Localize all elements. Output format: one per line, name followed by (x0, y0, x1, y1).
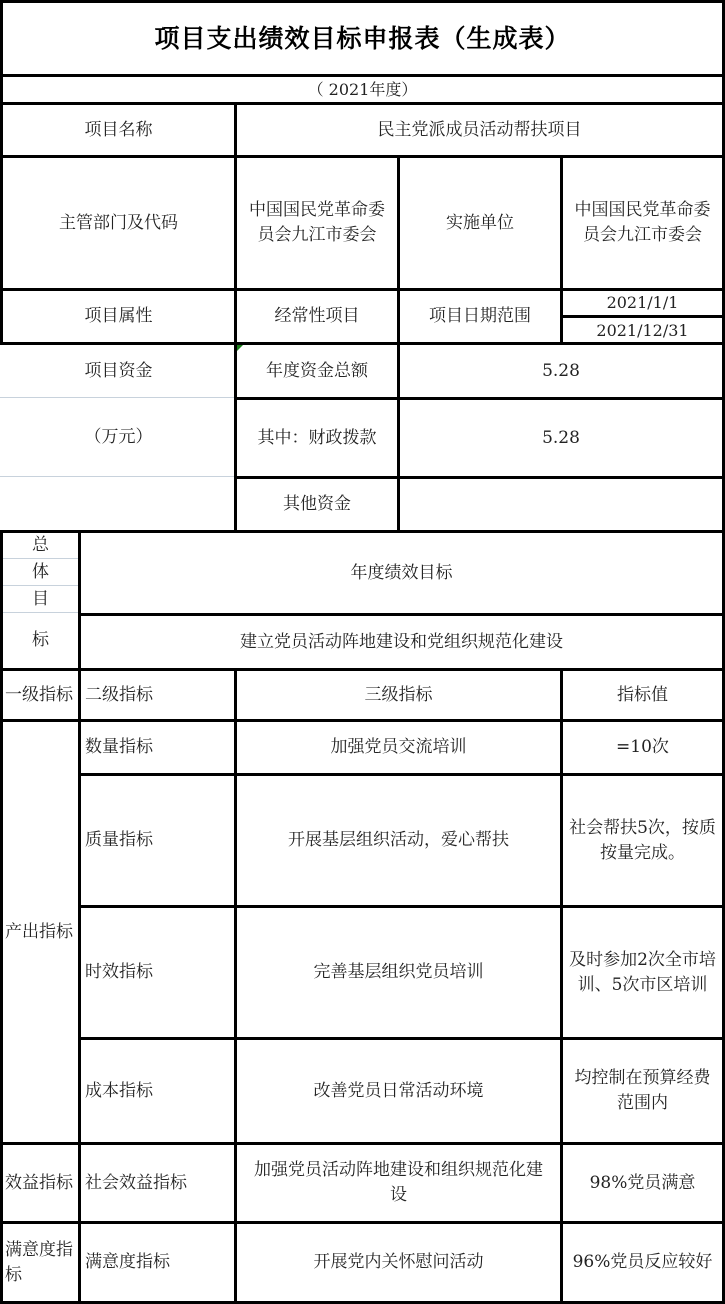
annual-total-value[interactable]: 5.28 (400, 345, 722, 397)
department-value[interactable]: 中国国民党革命委员会九江市委会 (237, 158, 397, 288)
end-date[interactable]: 2021/12/31 (563, 318, 722, 343)
overall-goal-char-4: 标 (3, 613, 78, 668)
level2-timeliness: 时效指标 (81, 908, 234, 1037)
funds-blank-cell (3, 477, 234, 530)
value-quantity[interactable]: =10次 (563, 722, 722, 773)
level3-quality[interactable]: 开展基层组织活动，爱心帮扶 (237, 776, 560, 905)
date-range-label: 项目日期范围 (400, 291, 560, 342)
level1-header: 一级指标 (3, 671, 78, 719)
annual-goal-content[interactable]: 建立党员活动阵地建设和党组织规范化建设 (81, 616, 722, 668)
level3-cost[interactable]: 改善党员日常活动环境 (237, 1040, 560, 1142)
department-label: 主管部门及代码 (3, 158, 234, 288)
level3-satisfaction[interactable]: 开展党内关怀慰问活动 (237, 1224, 560, 1301)
level3-social-benefit[interactable]: 加强党员活动阵地建设和组织规范化建设 (237, 1145, 560, 1221)
fiscal-allocation-label: 其中：财政拨款 (237, 400, 397, 476)
other-funds-value[interactable] (400, 479, 722, 530)
level3-quantity[interactable]: 加强党员交流培训 (237, 722, 560, 773)
page-title: 项目支出绩效目标申报表（生成表） (3, 3, 722, 74)
funds-unit-label: （万元） (3, 398, 234, 476)
level2-social-benefit: 社会效益指标 (81, 1145, 234, 1221)
level2-quantity: 数量指标 (81, 722, 234, 773)
level1-satisfaction: 满意度指标 (3, 1224, 78, 1301)
overall-goal-char-2: 体 (3, 559, 78, 585)
level2-header: 二级指标 (81, 671, 234, 719)
implementing-unit-label: 实施单位 (400, 158, 560, 288)
overall-goal-char-3: 目 (3, 586, 78, 612)
overall-goal-char-1: 总 (3, 533, 78, 558)
value-timeliness[interactable]: 及时参加2次全市培训、5次市区培训 (563, 908, 722, 1037)
annual-total-label: 年度资金总额 (237, 345, 397, 397)
value-cost[interactable]: 均控制在预算经费范围内 (563, 1040, 722, 1142)
year-label: （ 2021年度） (3, 77, 722, 102)
funds-label: 项目资金 (3, 345, 234, 397)
value-social-benefit[interactable]: 98%党员满意 (563, 1145, 722, 1221)
level2-quality: 质量指标 (81, 776, 234, 905)
project-name-value[interactable]: 民主党派成员活动帮扶项目 (237, 105, 722, 155)
implementing-unit-value[interactable]: 中国国民党革命委员会九江市委会 (563, 158, 722, 288)
fiscal-allocation-value[interactable]: 5.28 (400, 400, 722, 476)
level1-benefit: 效益指标 (3, 1145, 78, 1221)
level3-header: 三级指标 (237, 671, 560, 719)
level2-cost: 成本指标 (81, 1040, 234, 1142)
indicator-value-header: 指标值 (563, 671, 722, 719)
other-funds-label: 其他资金 (237, 479, 397, 530)
level1-output: 产出指标 (3, 722, 78, 1142)
annual-goal-header: 年度绩效目标 (81, 533, 722, 613)
project-attribute-label: 项目属性 (3, 291, 234, 342)
value-satisfaction[interactable]: 96%党员反应较好 (563, 1224, 722, 1301)
level2-satisfaction: 满意度指标 (81, 1224, 234, 1301)
project-attribute-value[interactable]: 经常性项目 (237, 291, 397, 342)
level3-timeliness[interactable]: 完善基层组织党员培训 (237, 908, 560, 1037)
project-name-label: 项目名称 (3, 105, 234, 155)
start-date[interactable]: 2021/1/1 (563, 290, 722, 315)
value-quality[interactable]: 社会帮扶5次，按质按量完成。 (563, 776, 722, 905)
